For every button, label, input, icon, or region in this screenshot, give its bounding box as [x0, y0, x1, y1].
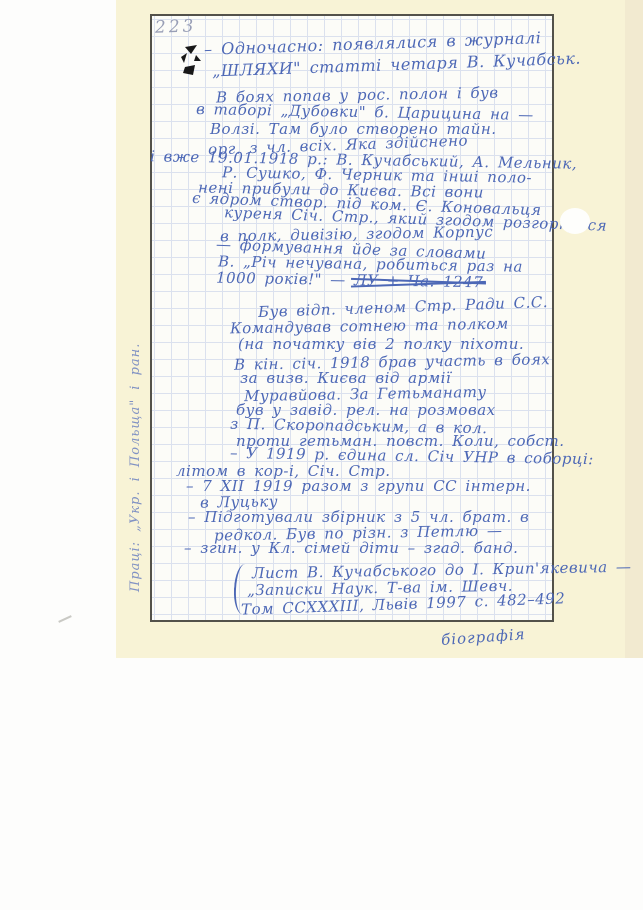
handwritten-line: (на початку вів 2 полку піхоти.	[238, 337, 524, 352]
handwritten-line: 1000 років!" — ЛУ + Ча. 1247	[216, 271, 483, 291]
struck-text: ЛУ + Ча. 1247	[354, 273, 483, 290]
page-number: 223	[155, 16, 197, 37]
stamp-mark	[180, 44, 202, 78]
handwritten-text: (на початку вів 2 полку піхоти.	[238, 335, 524, 353]
scanned-sheet: 223 Праці: „Укр. і Польща" і ран. – Одно…	[0, 0, 643, 910]
handwritten-text: – згин. у Кл. сімей діти – згад. банд.	[184, 539, 518, 557]
handwritten-line: – 7 XII 1919 разом з групи СС інтерн.	[186, 479, 531, 494]
margin-note: Праці: „Укр. і Польща" і ран.	[128, 343, 143, 592]
handwritten-line: – згин. у Кл. сімей діти – згад. банд.	[184, 541, 518, 556]
scan-artifact	[560, 208, 590, 234]
handwritten-text: 1000 років!" —	[216, 269, 354, 289]
pencil-mark	[58, 615, 72, 623]
